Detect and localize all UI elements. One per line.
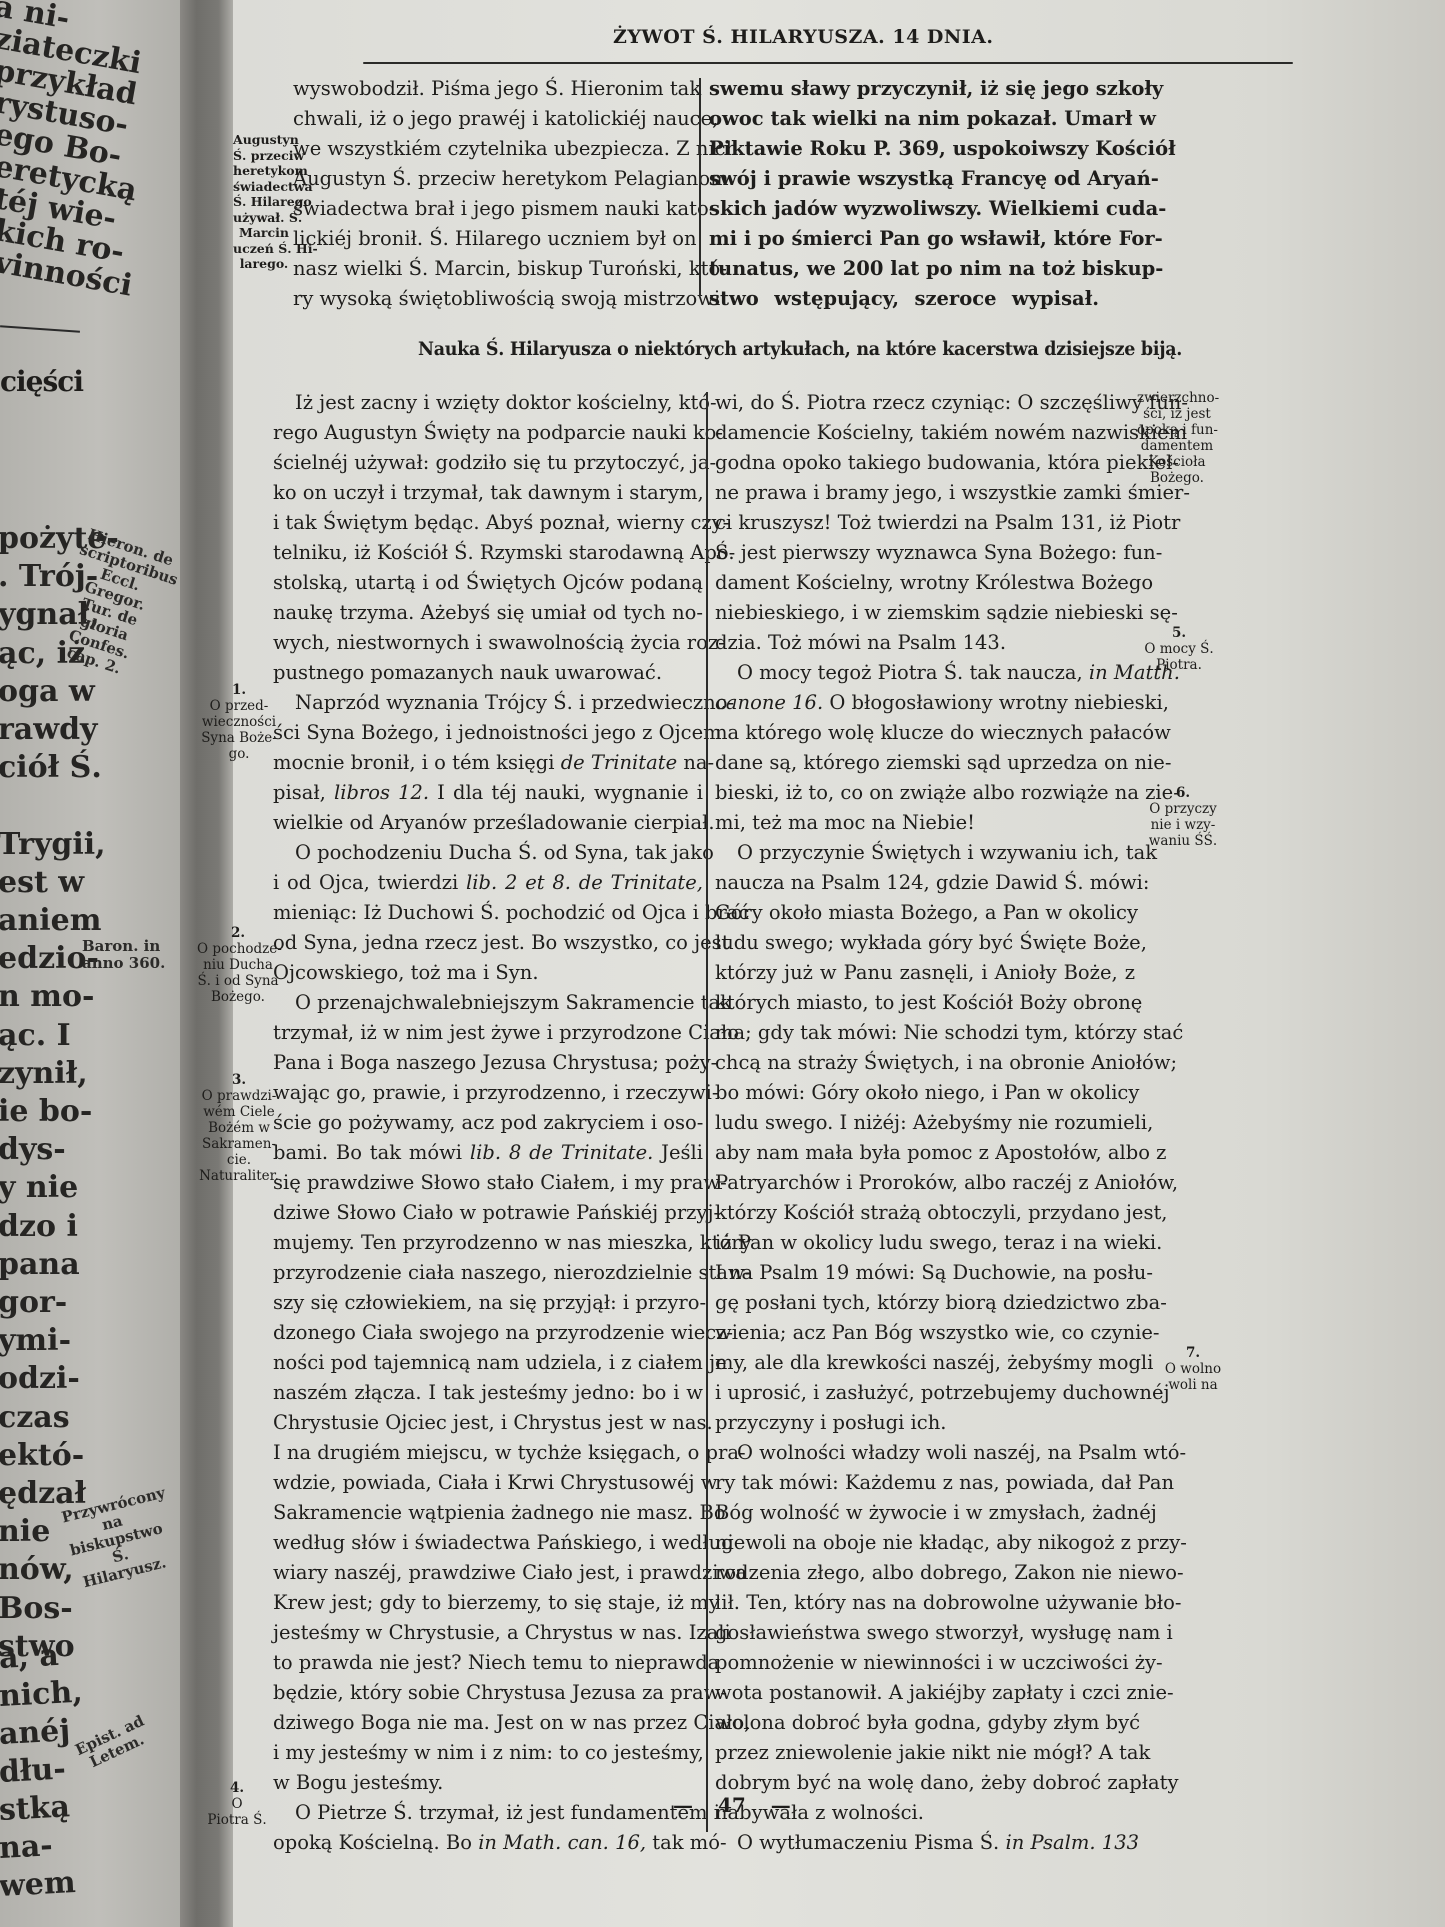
text-line: się prawdziwe Słowo stało Ciałem, i my p… (273, 1168, 703, 1198)
left-page-text-line: pana (0, 1246, 80, 1284)
text-line: chwali, iż o jego prawéj i katolickiéj n… (293, 104, 685, 134)
text-line: skich jadów wyzwoliwszy. Wielkiemi cuda- (709, 194, 1099, 224)
text-line: naucza na Psalm 124, gdzie Dawid Ś. mówi… (715, 868, 1135, 898)
text-line: bo mówi: Góry około niego, i Pan w okoli… (715, 1078, 1135, 1108)
text-line: wych, niestwornych i swawolnością życia … (273, 628, 703, 658)
text-line: O wytłumaczeniu Pisma Ś. in Psalm. 133 (715, 1828, 1135, 1858)
margin-note: 4.OPiotra Ś. (197, 1780, 277, 1828)
left-page-text-line: rawdy (0, 711, 97, 749)
text-line: wając go, prawie, i przyrodzenno, i rzec… (273, 1078, 703, 1108)
left-page-text-line: Bos- (0, 1590, 73, 1628)
top-block-right-column: swemu sławy przyczynił, iż się jego szko… (709, 74, 1099, 314)
text-line: gosławieństwa swego stworzył, wysługę na… (715, 1618, 1135, 1648)
left-page-text-line: oga w (0, 673, 95, 711)
margin-note: 5.O mocy Ś.Piotra. (1139, 625, 1219, 673)
text-line: którzy już w Panu zasnęli, i Anioły Boże… (715, 958, 1135, 988)
text-line: mieniąc: Iż Duchowi Ś. pochodzić od Ojca… (273, 898, 703, 928)
text-line: Naprzód wyznania Trójcy Ś. i przedwieczn… (273, 688, 703, 718)
text-line: wyswobodził. Piśma jego Ś. Hieronim tak (293, 74, 685, 104)
text-line: Sakramencie wątpienia żadnego nie masz. … (273, 1498, 703, 1528)
margin-note: zwierzchno-ści, iż jestopoką i fun-damen… (1137, 390, 1217, 486)
text-line: I na drugiém miejscu, w tychże księgach,… (273, 1438, 703, 1468)
text-line: wienia; acz Pan Bóg wszystko wie, co czy… (715, 1318, 1135, 1348)
text-line: to prawda nie jest? Niech temu to niepra… (273, 1648, 703, 1678)
book-page: ŻYWOT Ś. HILARYUSZA. 14 DNIA. AugustynŚ.… (233, 0, 1445, 1927)
left-page-text-line: ie bo- (0, 1093, 92, 1131)
text-line: wi, do Ś. Piotra rzecz czyniąc: O szczęś… (715, 388, 1135, 418)
left-page-text-line: nów, (0, 1551, 74, 1589)
text-line: lickiéj bronił. Ś. Hilarego uczniem był … (293, 224, 685, 254)
main-left-column: Iż jest zacny i wzięty doktor kościelny,… (273, 388, 703, 1858)
text-line: jesteśmy w Chrystusie, a Chrystus w nas.… (273, 1618, 703, 1648)
text-line: swój i prawie wszystką Francyę od Aryań- (709, 164, 1099, 194)
text-line: Ś. jest pierwszy wyznawca Syna Bożego: f… (715, 538, 1135, 568)
margin-note: 2.O pochodze-niu DuchaŚ. i od SynaBożego… (197, 925, 279, 1005)
text-line: canone 16. O błogosławiony wrotny niebie… (715, 688, 1135, 718)
text-line: wdzie, powiada, Ciała i Krwi Chrystusowé… (273, 1468, 703, 1498)
text-line: iż Pan w okolicy ludu swego, teraz i na … (715, 1228, 1135, 1258)
text-line: aby nam mała była pomoc z Apostołów, alb… (715, 1138, 1135, 1168)
margin-note: 6.O przyczynie i wzy-waniu ŚŚ. (1143, 785, 1223, 849)
text-line: według słów i świadectwa Pańskiego, i we… (273, 1528, 703, 1558)
left-page-text-line: ciół Ś. (0, 749, 102, 787)
text-line: trzymał, iż w nim jest żywe i przyrodzon… (273, 1018, 703, 1048)
text-line: ko on uczył i trzymał, tak dawnym i star… (273, 478, 703, 508)
text-line: telniku, iż Kościół Ś. Rzymski starodawn… (273, 538, 703, 568)
left-page-text-line: czas (0, 1399, 70, 1437)
text-line: damencie Kościelny, takiém nowém nazwisk… (715, 418, 1135, 448)
text-line: na którego wolę klucze do wiecznych pała… (715, 718, 1135, 748)
text-line: Bóg wolność w żywocie i w zmysłach, żadn… (715, 1498, 1135, 1528)
text-line: dzonego Ciała swojego na przyrodzenie wi… (273, 1318, 703, 1348)
text-line: przyrodzenie ciała naszego, nierozdzieln… (273, 1258, 703, 1288)
text-line: Chrystusie Ojciec jest, i Chrystus jest … (273, 1408, 703, 1438)
text-line: przyczyny i posługi ich. (715, 1408, 1135, 1438)
text-line: pustnego pomazanych nauk uwarować. (273, 658, 703, 688)
section-title: Nauka Ś. Hilaryusza o niektórych artykuł… (418, 338, 1182, 360)
text-line: i od Ojca, twierdzi lib. 2 et 8. de Trin… (273, 868, 703, 898)
text-line: szy się człowiekiem, na się przyjął: i p… (273, 1288, 703, 1318)
text-line: O wolności władzy woli naszéj, na Psalm … (715, 1438, 1135, 1468)
text-line: mi i po śmierci Pan go wsławił, które Fo… (709, 224, 1099, 254)
text-line: godna opoko takiego budowania, która pie… (715, 448, 1135, 478)
text-line: i uprosić, i zasłużyć, potrzebujemy duch… (715, 1378, 1135, 1408)
text-line: O pochodzeniu Ducha Ś. od Syna, tak jako (273, 838, 703, 868)
text-line: ry tak mówi: Każdemu z nas, powiada, dał… (715, 1468, 1135, 1498)
text-line: dziwego Boga nie ma. Jest on w nas przez… (273, 1708, 703, 1738)
text-line: których miasto, to jest Kościół Boży obr… (715, 988, 1135, 1018)
text-line: ścielnéj używał: godziło się tu przytocz… (273, 448, 703, 478)
text-line: wolona dobroć była godna, gdyby złym być (715, 1708, 1135, 1738)
left-page-section-rule (0, 325, 80, 333)
left-page-text-line: ąc. I (0, 1017, 71, 1055)
text-line: Pana i Boga naszego Jezusa Chrystusa; po… (273, 1048, 703, 1078)
text-line: lił. Ten, który nas na dobrowolne używan… (715, 1588, 1135, 1618)
text-line: Iż jest zacny i wzięty doktor kościelny,… (273, 388, 703, 418)
top-block-left-column: wyswobodził. Piśma jego Ś. Hieronim takc… (293, 74, 685, 314)
text-line: Piktawie Roku P. 369, uspokoiwszy Kośció… (709, 134, 1099, 164)
text-line: naukę trzyma. Ażebyś się umiał od tych n… (273, 598, 703, 628)
text-line: bami. Bo tak mówi lib. 8 de Trinitate. J… (273, 1138, 703, 1168)
text-line: ma; gdy tak mówi: Nie schodzi tym, którz… (715, 1018, 1135, 1048)
text-line: we wszystkiém czytelnika ubezpiecza. Z n… (293, 134, 685, 164)
left-page-text-line: Trygii, (0, 826, 106, 864)
left-page-text-line: anéj (0, 1712, 71, 1753)
left-page-text-line: na- (0, 1827, 54, 1867)
page-number: — 47 — (673, 1793, 791, 1817)
text-line: ci kruszysz! Toż twierdzi na Psalm 131, … (715, 508, 1135, 538)
text-line: naszém złącza. I tak jesteśmy jedno: bo … (273, 1378, 703, 1408)
text-line: świadectwa brał i jego pismem nauki kato… (293, 194, 685, 224)
text-line: ści Syna Bożego, i jednoistności jego z … (273, 718, 703, 748)
text-line: Ojcowskiego, toż ma i Syn. (273, 958, 703, 988)
left-page-fraktur-heading: cięści (0, 365, 83, 398)
text-line: przez zniewolenie jakie nikt nie mógł? A… (715, 1738, 1135, 1768)
text-line: ście go pożywamy, acz pod zakryciem i os… (273, 1108, 703, 1138)
text-line: ludu swego. I niżéj: Ażebyśmy nie rozumi… (715, 1108, 1135, 1138)
text-line: tunatus, we 200 lat po nim na toż biskup… (709, 254, 1099, 284)
left-page-margin-note-epist: Epist. ad Letem. (70, 1711, 157, 1776)
text-line: dane są, którego ziemski sąd uprzedza on… (715, 748, 1135, 778)
text-line: od Syna, jedna rzecz jest. Bo wszystko, … (273, 928, 703, 958)
text-line: wielkie od Aryanów prześladowanie cierpi… (273, 808, 703, 838)
text-line: rego Augustyn Święty na podparcie nauki … (273, 418, 703, 448)
text-line: wiary naszéj, prawdziwe Ciało jest, i pr… (273, 1558, 703, 1588)
left-page-text-line: est w (0, 864, 84, 902)
text-line: pisał, libros 12. I dla téj nauki, wygna… (273, 778, 703, 808)
text-line: dament Kościelny, wrotny Królestwa Bożeg… (715, 568, 1135, 598)
left-page-text-line: gor- (0, 1284, 67, 1322)
left-page-text-line: dys- (0, 1131, 66, 1169)
text-line: dzia. Toż mówi na Psalm 143. (715, 628, 1135, 658)
text-line: niebieskiego, i w ziemskim sądzie niebie… (715, 598, 1135, 628)
margin-note: 3.O prawdzi-wém CieleBożém wSakramen-cie… (199, 1072, 279, 1184)
margin-note: 7.O wolnowoli na (1163, 1345, 1223, 1393)
left-page-text-line: aniem (0, 902, 101, 940)
text-line: stwo wstępujący, szeroce wypisał. (709, 284, 1099, 314)
text-line: w Bogu jesteśmy. (273, 1768, 703, 1798)
text-line: owoc tak wielki na nim pokazał. Umarł w (709, 104, 1099, 134)
text-line: pomnożenie w niewinności i w uczciwości … (715, 1648, 1135, 1678)
text-line: swemu sławy przyczynił, iż się jego szko… (709, 74, 1099, 104)
text-line: wota postanowił. A jakiéjby zapłaty i cz… (715, 1678, 1135, 1708)
text-line: O mocy tegoż Piotra Ś. tak naucza, in Ma… (715, 658, 1135, 688)
left-page-margin-note-baron: Baron. in anno 360. (82, 938, 172, 972)
text-line: chcą na straży Świętych, i na obronie An… (715, 1048, 1135, 1078)
text-line: rodzenia złego, albo dobrego, Zakon nie … (715, 1558, 1135, 1588)
text-line: nasz wielki Ś. Marcin, biskup Turoński, … (293, 254, 685, 284)
left-page-text-line: stką (0, 1788, 71, 1829)
left-page-text-line: y nie (0, 1169, 78, 1207)
left-page-text-line: a, a (0, 1637, 60, 1678)
text-line: opoką Kościelną. Bo in Math. can. 16, ta… (273, 1828, 703, 1858)
text-line: niewoli na oboje nie kładąc, aby nikogoż… (715, 1528, 1135, 1558)
left-page-text-line: ymi- (0, 1322, 71, 1360)
left-page-text-line: dzo i (0, 1208, 78, 1246)
column-rule-main (706, 392, 708, 1832)
text-line: O przenajchwalebniejszym Sakramencie tak (273, 988, 703, 1018)
text-line: ne prawa i bramy jego, i wszystkie zamki… (715, 478, 1135, 508)
text-line: Augustyn Ś. przeciw heretykom Pelagianom (293, 164, 685, 194)
text-line: ry wysoką świętobliwością swoją mistrzow… (293, 284, 685, 314)
text-line: Góry około miasta Bożego, a Pan w okolic… (715, 898, 1135, 928)
text-line: gę posłani tych, którzy biorą dziedzictw… (715, 1288, 1135, 1318)
text-line: Krew jest; gdy to bierzemy, to się staje… (273, 1588, 703, 1618)
left-page-text-line: ektó- (0, 1437, 84, 1475)
text-line: mi, też ma moc na Niebie! (715, 808, 1135, 838)
text-line: i my jesteśmy w nim i z nim: to co jeste… (273, 1738, 703, 1768)
margin-note-augustyn: AugustynŚ. przeciwheretykomświadectwaŚ. … (233, 132, 295, 272)
left-page-text-line: zynił, (0, 1055, 88, 1093)
left-page-text-line: dłu- (0, 1751, 67, 1792)
text-line: ludu swego; wykłada góry być Święte Boże… (715, 928, 1135, 958)
facing-left-page: a ni-ziateczkiprzykładrystuso-ego Bo-ere… (0, 0, 180, 1927)
text-line: ności pod tajemnicą nam udziela, i z cia… (273, 1348, 703, 1378)
text-line: O Pietrze Ś. trzymał, iż jest fundamente… (273, 1798, 703, 1828)
text-line: Patryarchów i Proroków, albo raczéj z An… (715, 1168, 1135, 1198)
text-line: mocnie bronił, i o tém księgi de Trinita… (273, 748, 703, 778)
left-page-text-line: odzi- (0, 1360, 80, 1398)
text-line: stolską, utartą i od Świętych Ojców poda… (273, 568, 703, 598)
text-line: mujemy. Ten przyrodzenno w nas mieszka, … (273, 1228, 703, 1258)
running-head: ŻYWOT Ś. HILARYUSZA. 14 DNIA. (613, 26, 994, 48)
column-rule-top (699, 78, 701, 296)
left-page-text-line: nich, (0, 1674, 84, 1716)
header-rule (363, 62, 1293, 64)
margin-note: 1.O przed-wiecznościSyna Boże-go. (199, 682, 279, 762)
left-page-text-line: wem (0, 1864, 77, 1905)
text-line: dziwe Słowo Ciało w potrawie Pańskiéj pr… (273, 1198, 703, 1228)
text-line: O przyczynie Świętych i wzywaniu ich, ta… (715, 838, 1135, 868)
text-line: bieski, iż to, co on zwiąże albo rozwiąż… (715, 778, 1135, 808)
text-line: którzy Kościół strażą obtoczyli, przydan… (715, 1198, 1135, 1228)
text-line: i tak Świętym będąc. Abyś poznał, wierny… (273, 508, 703, 538)
text-line: będzie, który sobie Chrystusa Jezusa za … (273, 1678, 703, 1708)
text-line: my, ale dla krewkości naszéj, żebyśmy mo… (715, 1348, 1135, 1378)
left-page-text-line: n mo- (0, 978, 94, 1016)
left-page-text-line: nie (0, 1513, 50, 1551)
main-right-column: wi, do Ś. Piotra rzecz czyniąc: O szczęś… (715, 388, 1135, 1858)
text-line: I na Psalm 19 mówi: Są Duchowie, na posł… (715, 1258, 1135, 1288)
